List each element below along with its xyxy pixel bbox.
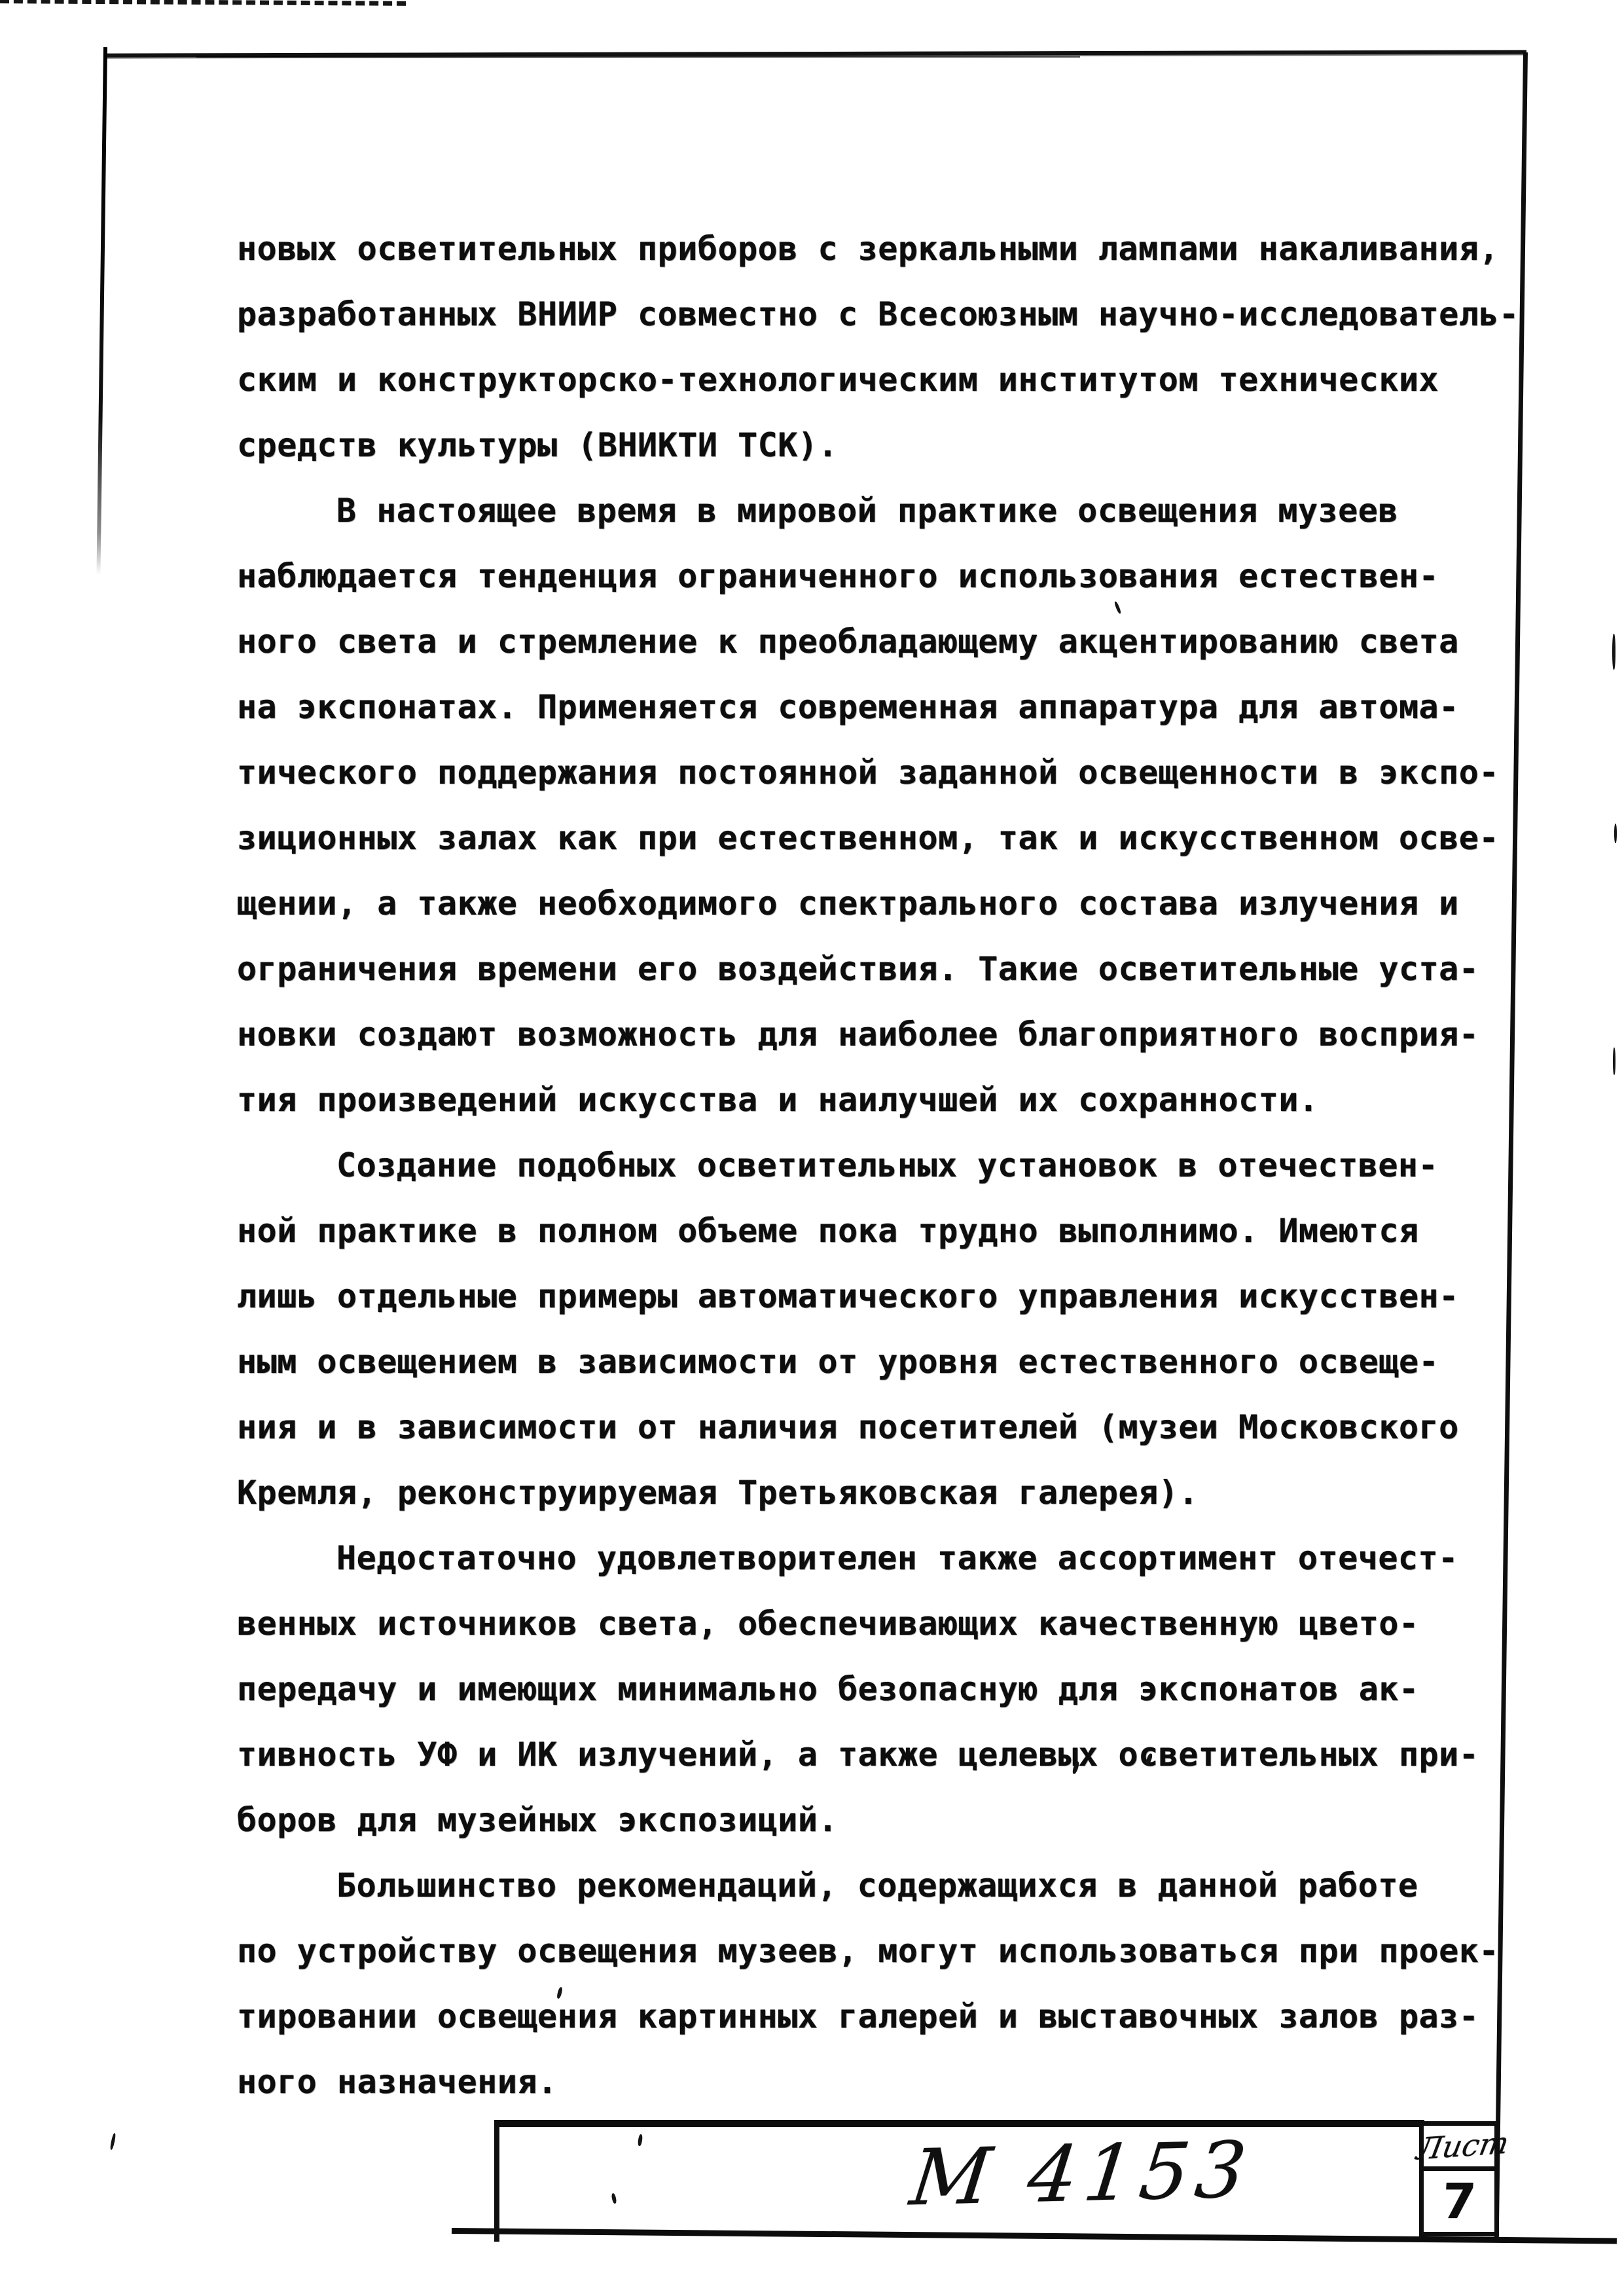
- text-line: ной практике в полном объеме пока трудно…: [237, 1198, 1543, 1264]
- sheet-label-handwritten: Лист: [1415, 2125, 1512, 2166]
- text-line: средств культуры (ВНИКТИ ТСК).: [237, 412, 1543, 478]
- text-line: зиционных залах как при естественном, та…: [237, 805, 1543, 871]
- text-line: лишь отдельные примеры автоматического у…: [237, 1264, 1543, 1329]
- text-line: ного назначения.: [237, 2049, 1543, 2115]
- text-line: передачу и имеющих минимально безопасную…: [237, 1656, 1543, 1722]
- text-line: Кремля, реконструируемая Третьяковская г…: [237, 1460, 1543, 1525]
- text-line: ским и конструкторско-технологическим ин…: [237, 347, 1543, 412]
- sheet-label-cell: Лист: [1424, 2126, 1494, 2171]
- text-line: Недостаточно удовлетворителен также ассо…: [237, 1525, 1543, 1591]
- text-line: ния и в зависимости от наличия посетител…: [237, 1394, 1543, 1460]
- text-block: новых осветительных приборов с зеркальны…: [237, 216, 1543, 2115]
- scan-speck: [109, 2133, 116, 2150]
- text-line: разработанных ВНИИР совместно с Всесоюзн…: [237, 282, 1543, 347]
- scan-speck: [1614, 824, 1617, 843]
- page-border-left: [96, 47, 107, 575]
- text-line: наблюдается тенденция ограниченного испо…: [237, 543, 1543, 609]
- text-line: новых осветительных приборов с зеркальны…: [237, 216, 1543, 282]
- text-line: Создание подобных осветительных установо…: [237, 1133, 1543, 1198]
- sheet-box: Лист 7: [1419, 2121, 1499, 2236]
- page-border-top-rough: [196, 56, 1080, 58]
- stamp-number-handwritten: М 4153: [906, 2124, 1257, 2223]
- text-line: тия произведений искусства и наилучшей и…: [237, 1067, 1543, 1133]
- text-line: боров для музейных экспозиций.: [237, 1787, 1543, 1853]
- sheet-number-cell: 7: [1424, 2171, 1494, 2232]
- scanned-page: новых осветительных приборов с зеркальны…: [0, 0, 1624, 2296]
- scan-speck: [1612, 634, 1615, 670]
- page-border-bottom-broken: [0, 0, 406, 6]
- text-line: на экспонатах. Применяется современная а…: [237, 674, 1543, 740]
- sheet-page-number: 7: [1440, 2174, 1478, 2230]
- scan-speck: [1613, 1048, 1615, 1075]
- text-line: по устройству освещения музеев, могут ис…: [237, 1918, 1543, 1984]
- stamp-box: М 4153: [494, 2120, 1424, 2242]
- text-line: щении, а также необходимого спектральног…: [237, 871, 1543, 936]
- text-line: ограничения времени его воздействия. Так…: [237, 936, 1543, 1002]
- text-line: ного света и стремление к преобладающему…: [237, 609, 1543, 674]
- text-line: тировании освещения картинных галерей и …: [237, 1984, 1543, 2049]
- text-line: новки создают возможность для наиболее б…: [237, 1002, 1543, 1067]
- text-line: венных источников света, обеспечивающих …: [237, 1591, 1543, 1656]
- text-line: ным освещением в зависимости от уровня е…: [237, 1329, 1543, 1394]
- text-line: Большинство рекомендаций, содержащихся в…: [237, 1853, 1543, 1918]
- text-line: тивность УФ и ИК излучений, а также целе…: [237, 1722, 1543, 1787]
- text-line: тического поддержания постоянной заданно…: [237, 740, 1543, 805]
- text-line: В настоящее время в мировой практике осв…: [237, 478, 1543, 543]
